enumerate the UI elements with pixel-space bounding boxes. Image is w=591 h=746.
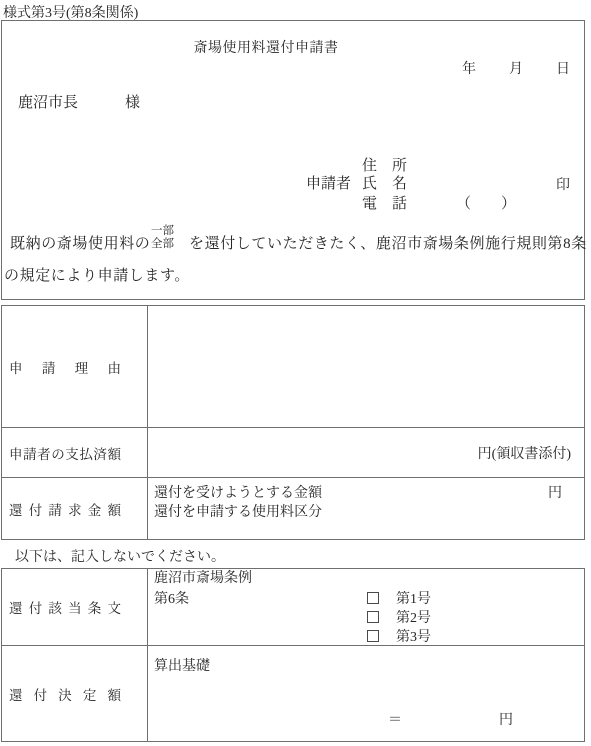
fraction-part: 一部 <box>151 225 174 238</box>
office-use-table: 還付該当条文 鹿沼市斎場条例 第6条 第1号 第2号 第3号 還付決定額 算出基… <box>1 568 585 742</box>
checkbox-article-1-label: 第1号 <box>396 588 431 608</box>
seal-mark: 印 <box>556 174 570 194</box>
application-letter-box: 斎場使用料還付申請書 年 月 日 鹿沼市長 様 住 所 申請者 氏 名 印 電 … <box>1 20 585 300</box>
claim-amount-value-cell: 還付を受けようとする金額 円 還付を申請する使用料区分 <box>148 477 584 539</box>
article-option-2: 第2号 <box>367 607 431 627</box>
checkbox-article-2-label: 第2号 <box>396 607 431 627</box>
refund-application-form: 様式第3号(第8条関係) 斎場使用料還付申請書 年 月 日 鹿沼市長 様 住 所… <box>0 0 591 746</box>
decided-amount-label: 還付決定額 <box>9 684 121 704</box>
staff-only-note: 以下は、記入しないでください。 <box>15 546 225 566</box>
decided-amount-unit: 円 <box>499 709 513 729</box>
equals-sign: ＝ <box>388 709 402 729</box>
article-option-1: 第1号 <box>367 588 431 608</box>
phone-parentheses: （ ） <box>456 192 516 213</box>
checkbox-article-3[interactable] <box>367 630 379 642</box>
checkbox-article-2[interactable] <box>367 611 379 623</box>
paragraph-line1-pre: 既納の斎場使用料の <box>10 232 150 253</box>
decided-amount-value-cell: 算出基礎 ＝ 円 <box>148 645 584 741</box>
paragraph-line1-post: を還付していただきたく、鹿沼市斎場条例施行規則第8条 <box>189 232 587 253</box>
addressee-line: 鹿沼市長 様 <box>18 91 140 112</box>
form-number: 様式第3号(第8条関係) <box>3 2 138 22</box>
fraction-whole: 全部 <box>151 238 174 251</box>
reason-value-cell <box>148 306 584 427</box>
article-option-3: 第3号 <box>367 626 431 646</box>
checkbox-article-3-label: 第3号 <box>396 626 431 646</box>
calculation-basis-label: 算出基礎 <box>154 655 210 675</box>
reason-label-cell: 申請理由 <box>2 306 148 427</box>
applicant-label: 申請者 <box>306 172 351 193</box>
date-year-label: 年 <box>462 58 476 78</box>
date-day-label: 日 <box>556 58 570 78</box>
application-table: 申請理由 申請者の支払済額 円(領収書添付) 還付請求金額 還付を受けようとする… <box>1 305 585 540</box>
claim-amount-line1: 還付を受けようとする金額 <box>154 484 322 503</box>
checkbox-article-1[interactable] <box>367 592 379 604</box>
decided-amount-label-cell: 還付決定額 <box>2 645 148 741</box>
paid-amount-unit: 円(領収書添付) <box>478 443 571 463</box>
paragraph-line2: の規定により申請します。 <box>4 264 190 285</box>
paid-amount-label: 申請者の支払済額 <box>9 443 121 463</box>
phone-label: 電 話 <box>362 192 407 213</box>
form-title: 斎場使用料還付申請書 <box>2 37 530 57</box>
addressee-honorific: 様 <box>125 91 140 112</box>
paid-amount-value-cell: 円(領収書添付) <box>148 427 584 477</box>
paid-amount-label-cell: 申請者の支払済額 <box>2 427 148 477</box>
article-number: 第6条 <box>154 588 189 608</box>
name-label: 氏 名 <box>362 172 407 193</box>
ordinance-name: 鹿沼市斎場条例 <box>154 570 252 588</box>
date-line: 年 月 日 <box>462 58 570 78</box>
fraction-part-whole: 一部 全部 <box>151 225 174 251</box>
claim-amount-label-cell: 還付請求金額 <box>2 477 148 539</box>
applicable-article-label: 還付該当条文 <box>9 597 121 617</box>
addressee-name: 鹿沼市長 <box>18 91 78 112</box>
date-month-label: 月 <box>509 58 523 78</box>
applicable-article-label-cell: 還付該当条文 <box>2 569 148 645</box>
reason-label: 申請理由 <box>9 357 121 377</box>
claim-amount-unit: 円 <box>548 484 562 503</box>
claim-category-line: 還付を申請する使用料区分 <box>154 503 584 522</box>
claim-amount-label: 還付請求金額 <box>9 499 121 519</box>
applicable-article-value-cell: 鹿沼市斎場条例 第6条 第1号 第2号 第3号 <box>148 569 584 645</box>
